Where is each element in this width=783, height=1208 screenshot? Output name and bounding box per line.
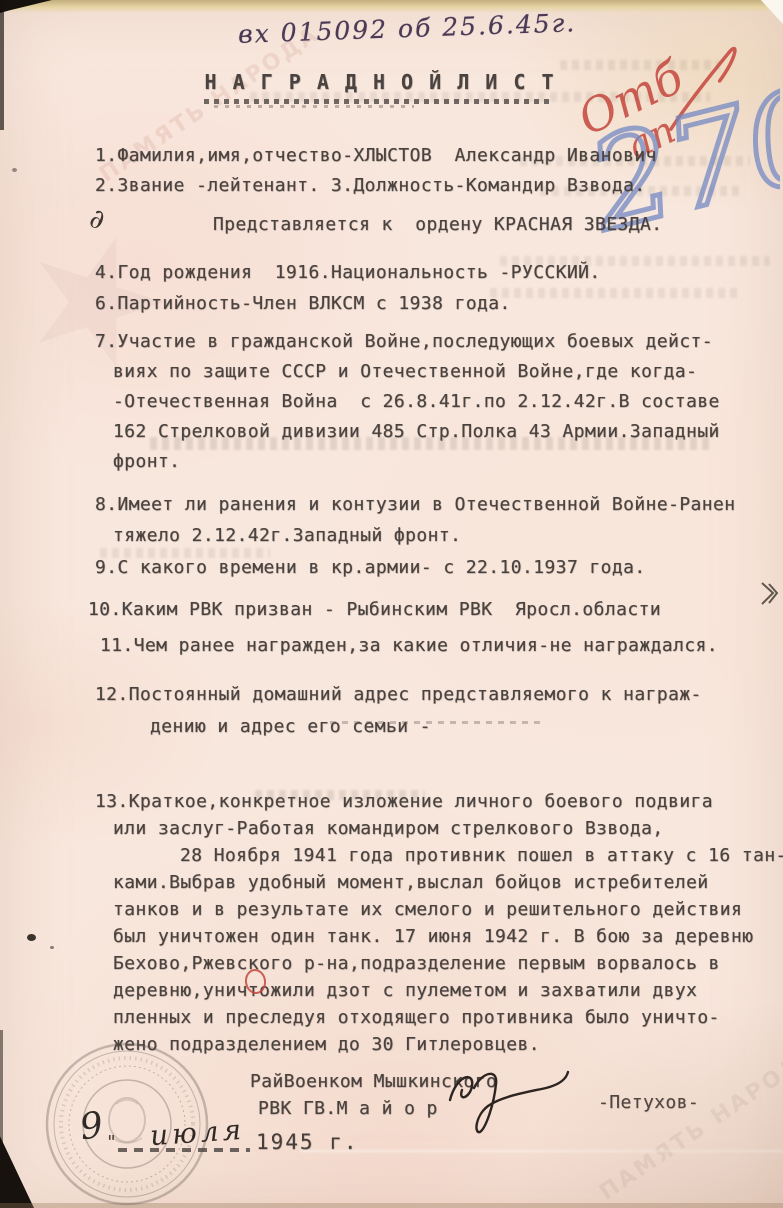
archive-watermark: ПАМЯТЬ НАРОДА (595, 1040, 783, 1206)
typed-line: виях по защите СССР и Отечественной Войн… (113, 357, 720, 387)
scan-corner-bottom-left (0, 1116, 34, 1208)
scanned-award-sheet: ПАМЯТЬ НАРОДА ПАМЯТЬ НАРОДА ★ вх 015092 … (0, 0, 783, 1208)
typed-line: или заслуг-Работая командиром стрелковог… (113, 815, 783, 842)
title-underline (204, 99, 552, 104)
date-quote-mark: " (106, 1132, 117, 1153)
scan-edge-left (0, 0, 4, 130)
paper-crease (300, 1150, 783, 1152)
form-section-feat-description: 13.Краткое,конкретное изложение личного … (95, 788, 783, 1058)
form-section-wounds: 8.Имеет ли ранения и контузии в Отечеств… (95, 489, 736, 551)
typed-line: дению и адрес его семьи - (150, 711, 702, 743)
form-section-award: Представляется к ордену КРАСНАЯ ЗВЕЗДА. (213, 214, 662, 235)
signer-name: -Петухов- (598, 1092, 699, 1113)
typed-line: 11.Чем ранее награжден,за какие отличия-… (100, 635, 718, 656)
registration-note: вх 015092 об 25.6.45г. (238, 8, 577, 49)
typed-line: Бехово,Ржевского р-на,подразделение перв… (113, 950, 783, 977)
typed-line: ками.Выбрав удобный момент,выслал бойцов… (113, 869, 783, 896)
ink-blot (50, 946, 54, 949)
title-underline-2 (214, 105, 414, 108)
typed-line: Представляется к ордену КРАСНАЯ ЗВЕЗДА. (213, 214, 662, 235)
typed-line: 6.Партийность-Член ВЛКСМ с 1938 года. (95, 288, 601, 319)
date-month-handwritten: июля (149, 1113, 246, 1153)
typed-line: был уничтожен один танк. 17 июня 1942 г.… (113, 923, 783, 950)
form-section-name-rank: 1.Фамилия,имя,отчество-ХЛЫСТОВ Александр… (95, 141, 657, 201)
typed-line: 4.Год рождения 1916.Национальность -РУСС… (95, 257, 601, 288)
scan-edge-top (0, 0, 783, 13)
ink-blot (12, 168, 17, 172)
typed-line: 7.Участие в гражданской Войне,последующи… (95, 327, 720, 357)
address-dotted-line (330, 721, 545, 724)
typed-line: 28 Ноября 1941 года противник пошел в ат… (180, 842, 783, 869)
typed-line: 2.Звание -лейтенант. 3.Должность-Команди… (95, 171, 657, 201)
typed-line: танков и в результате их смелого и решит… (113, 896, 783, 923)
typed-line: 162 Стрелковой дивизии 485 Стр.Полка 43 … (113, 417, 720, 447)
form-section-prior-awards: 11.Чем ранее награжден,за какие отличия-… (100, 635, 718, 656)
signature-ink (440, 1058, 610, 1138)
typed-line: тяжело 2.12.42г.Западный фронт. (113, 520, 736, 551)
form-section-home-address: 12.Постоянный домашний адрес представляе… (95, 679, 702, 743)
fold-mark (758, 580, 780, 610)
typed-line: 13.Краткое,конкретное изложение личного … (95, 788, 783, 815)
typed-line: деревню,уничтожили дзот с пулеметом и за… (113, 977, 783, 1004)
typed-line: фронт. (113, 447, 720, 477)
form-section-birth-party: 4.Год рождения 1916.Национальность -РУСС… (95, 257, 601, 319)
form-section-service-since: 9.С какого времени в кр.армии- с 22.10.1… (95, 557, 646, 578)
ink-blot (27, 934, 36, 941)
typed-line: 10.Каким РВК призван - Рыбинским РВК Яро… (88, 599, 661, 620)
form-section-drafted-by: 10.Каким РВК призван - Рыбинским РВК Яро… (88, 599, 661, 620)
typed-line: 9.С какого времени в кр.армии- с 22.10.1… (95, 557, 646, 578)
typed-line: 8.Имеет ли ранения и контузии в Отечеств… (95, 489, 736, 520)
form-section-war-participation: 7.Участие в гражданской Войне,последующи… (95, 327, 720, 477)
typed-line: 12.Постоянный домашний адрес представляе… (95, 679, 702, 711)
typed-line: пленных и преследуя отходящего противник… (113, 1004, 783, 1031)
typed-line: -Отечественная Война с 26.8.41г.по 2.12.… (113, 387, 720, 417)
typed-line: 1.Фамилия,имя,отчество-ХЛЫСТОВ Александр… (95, 141, 657, 171)
